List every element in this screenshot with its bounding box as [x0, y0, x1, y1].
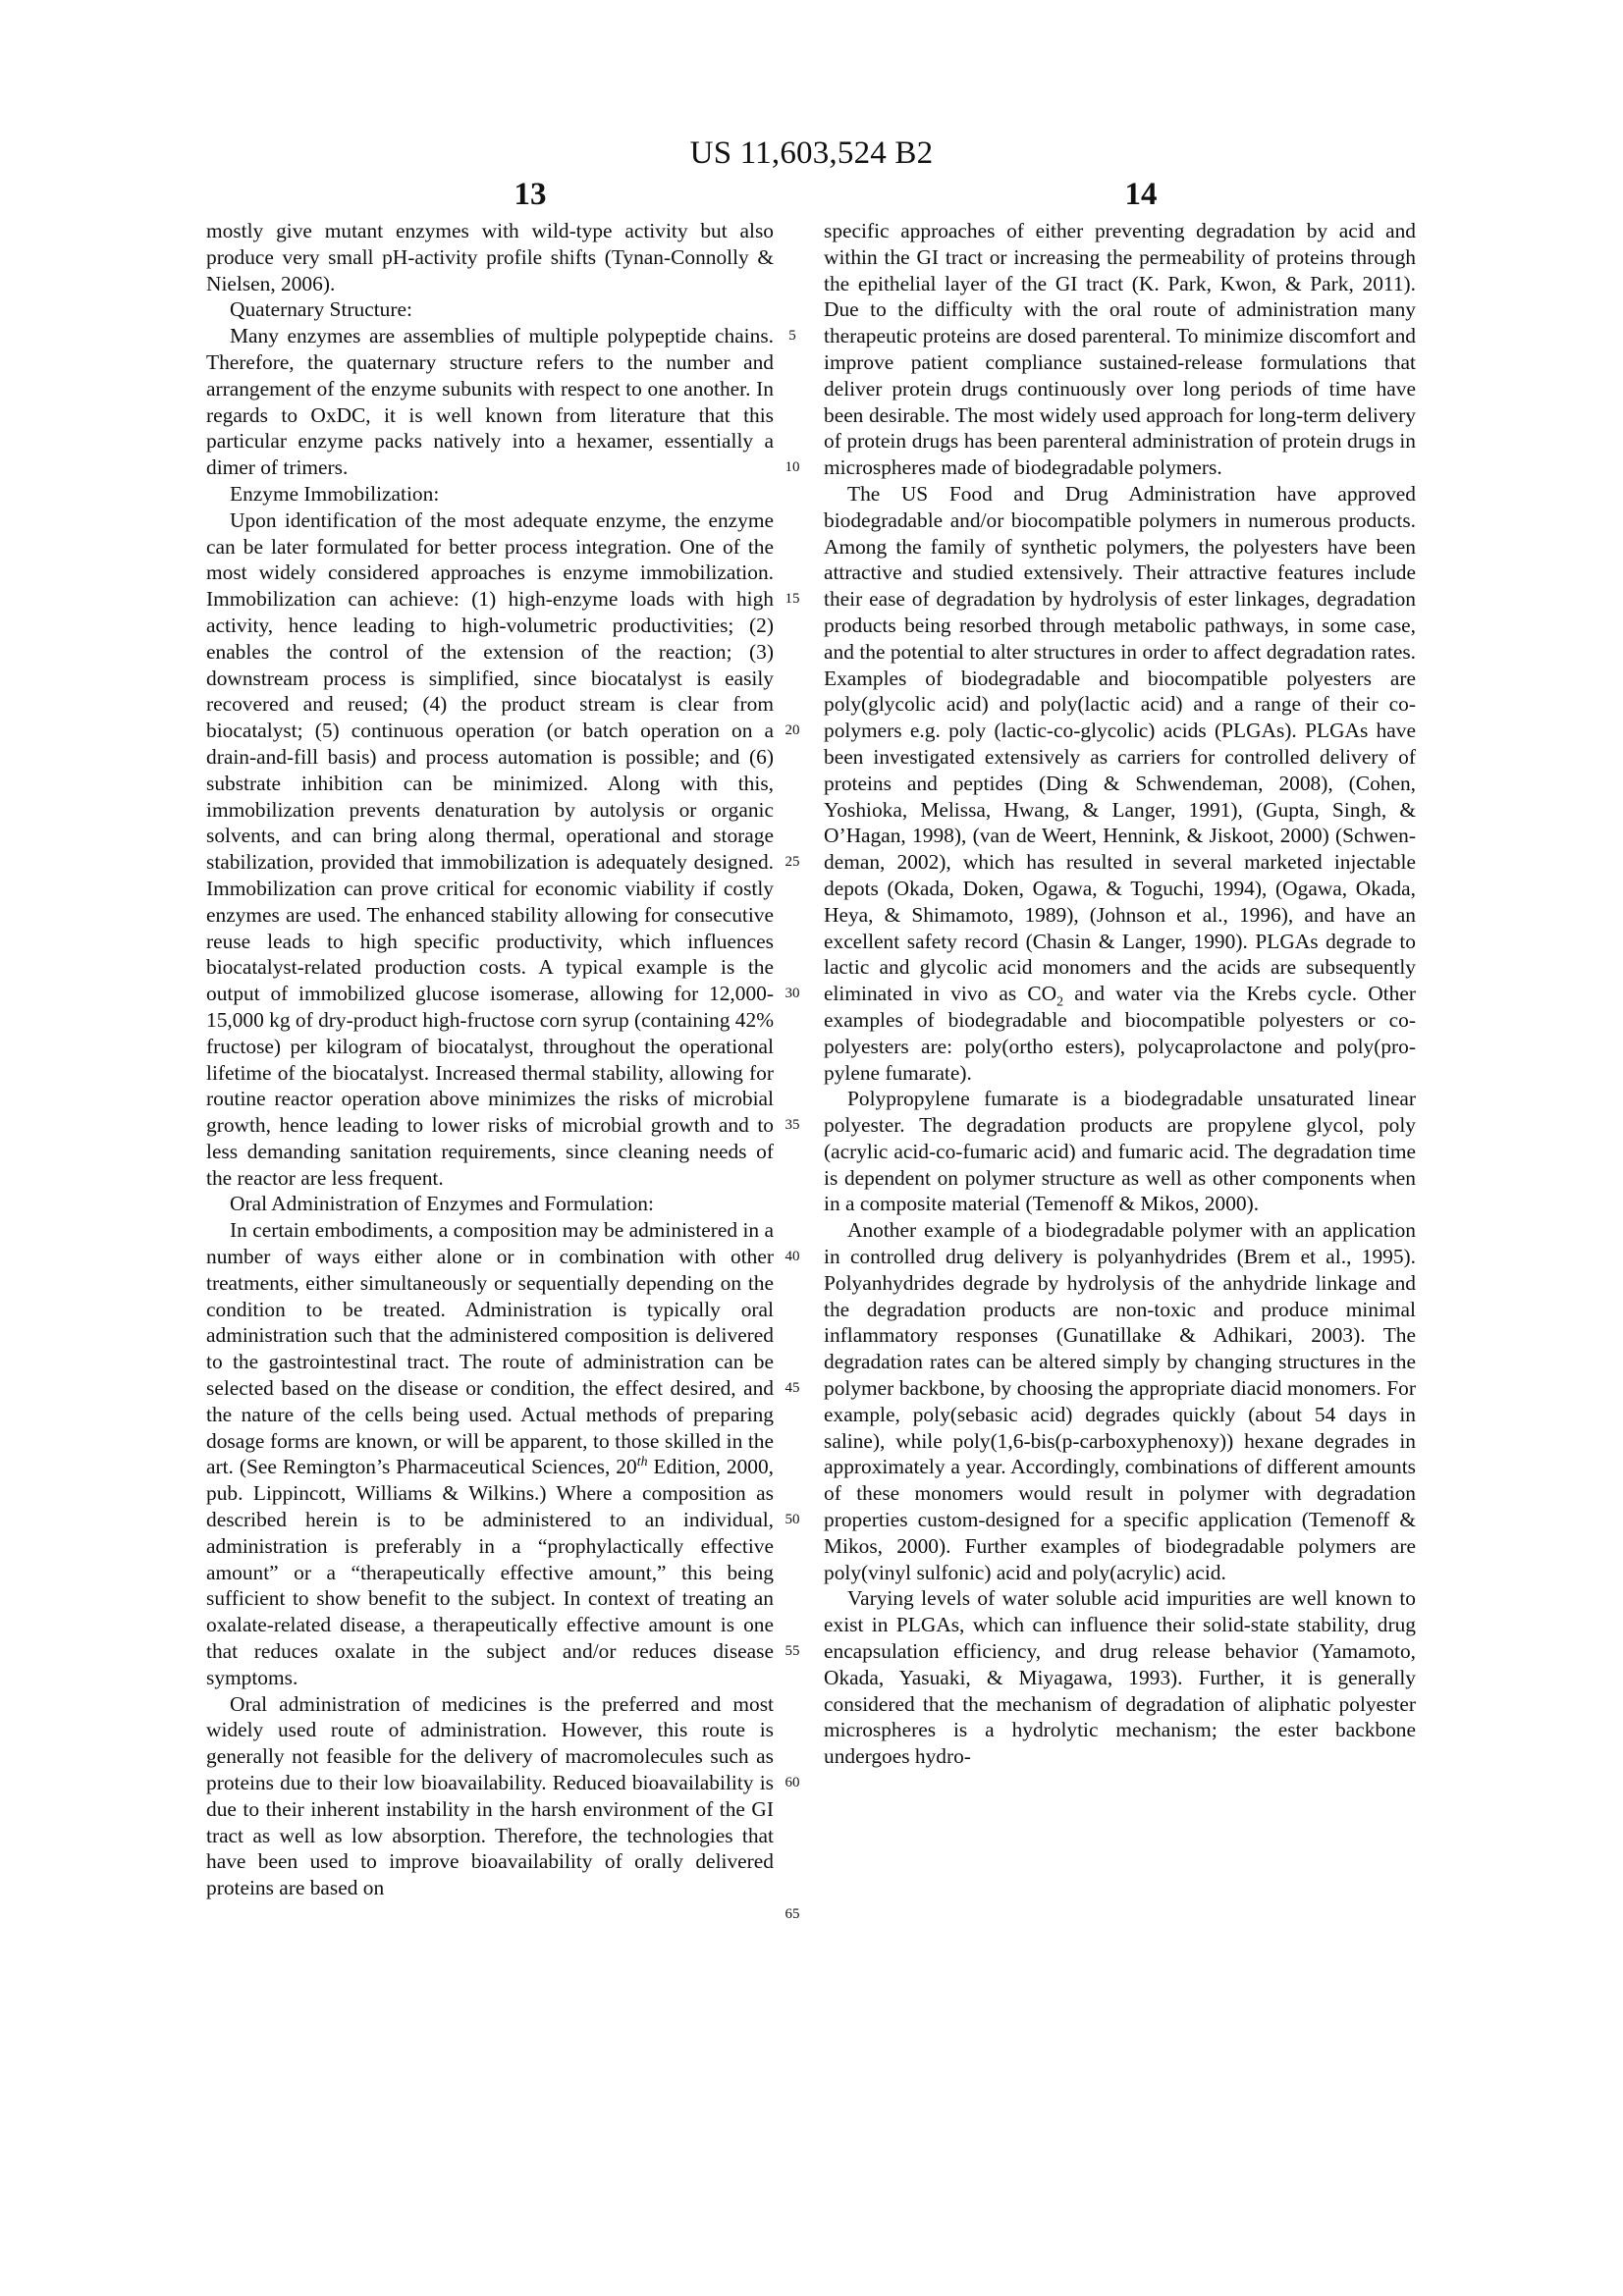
patent-number: US 11,603,524 B2: [0, 135, 1623, 172]
line-number: 20: [778, 718, 807, 744]
right-column-page-number: 14: [1092, 177, 1190, 213]
line-number: 40: [778, 1244, 807, 1270]
line-number: 60: [778, 1770, 807, 1796]
line-number: 15: [778, 586, 807, 613]
superscript: th: [637, 1455, 648, 1469]
paragraph: In certain embodiments, a composition ma…: [206, 1217, 774, 1690]
paragraph: Oral administration of medicines is the …: [206, 1691, 774, 1901]
text-run: In certain embodiments, a composition ma…: [206, 1218, 774, 1478]
line-number: 35: [778, 1112, 807, 1139]
line-number: 30: [778, 981, 807, 1007]
right-column: specific approaches of either preventing…: [824, 218, 1416, 1770]
line-number: 65: [778, 1901, 807, 1928]
paragraph: Another example of a biodegradable polym…: [824, 1217, 1416, 1585]
left-column-page-number: 13: [481, 177, 579, 213]
line-number: 5: [778, 323, 807, 349]
paragraph: The US Food and Drug Administration have…: [824, 481, 1416, 1086]
section-heading-enzyme-immobilization: Enzyme Immobilization:: [206, 481, 774, 507]
section-heading-oral-administration: Oral Administration of Enzymes and Formu…: [206, 1191, 774, 1217]
section-heading-quaternary-structure: Quaternary Structure:: [206, 296, 774, 323]
line-number: 50: [778, 1507, 807, 1533]
line-number: 25: [778, 849, 807, 876]
left-column: mostly give mutant enzymes with wild-typ…: [206, 218, 774, 1901]
text-run: Edition, 2000, pub. Lippincott, Williams…: [206, 1455, 774, 1688]
line-number: 55: [778, 1638, 807, 1665]
paragraph: specific approaches of either preventing…: [824, 218, 1416, 481]
paragraph: mostly give mutant enzymes with wild-typ…: [206, 218, 774, 296]
text-run: The US Food and Drug Administration have…: [824, 482, 1416, 1005]
paragraph: Varying levels of water soluble acid imp…: [824, 1585, 1416, 1770]
paragraph: Polypropylene fumarate is a biodegradabl…: [824, 1086, 1416, 1217]
paragraph: Many enzymes are assemblies of multiple …: [206, 323, 774, 481]
paragraph: Upon identification of the most adequate…: [206, 507, 774, 1192]
line-number: 45: [778, 1375, 807, 1402]
line-number: 10: [778, 454, 807, 481]
